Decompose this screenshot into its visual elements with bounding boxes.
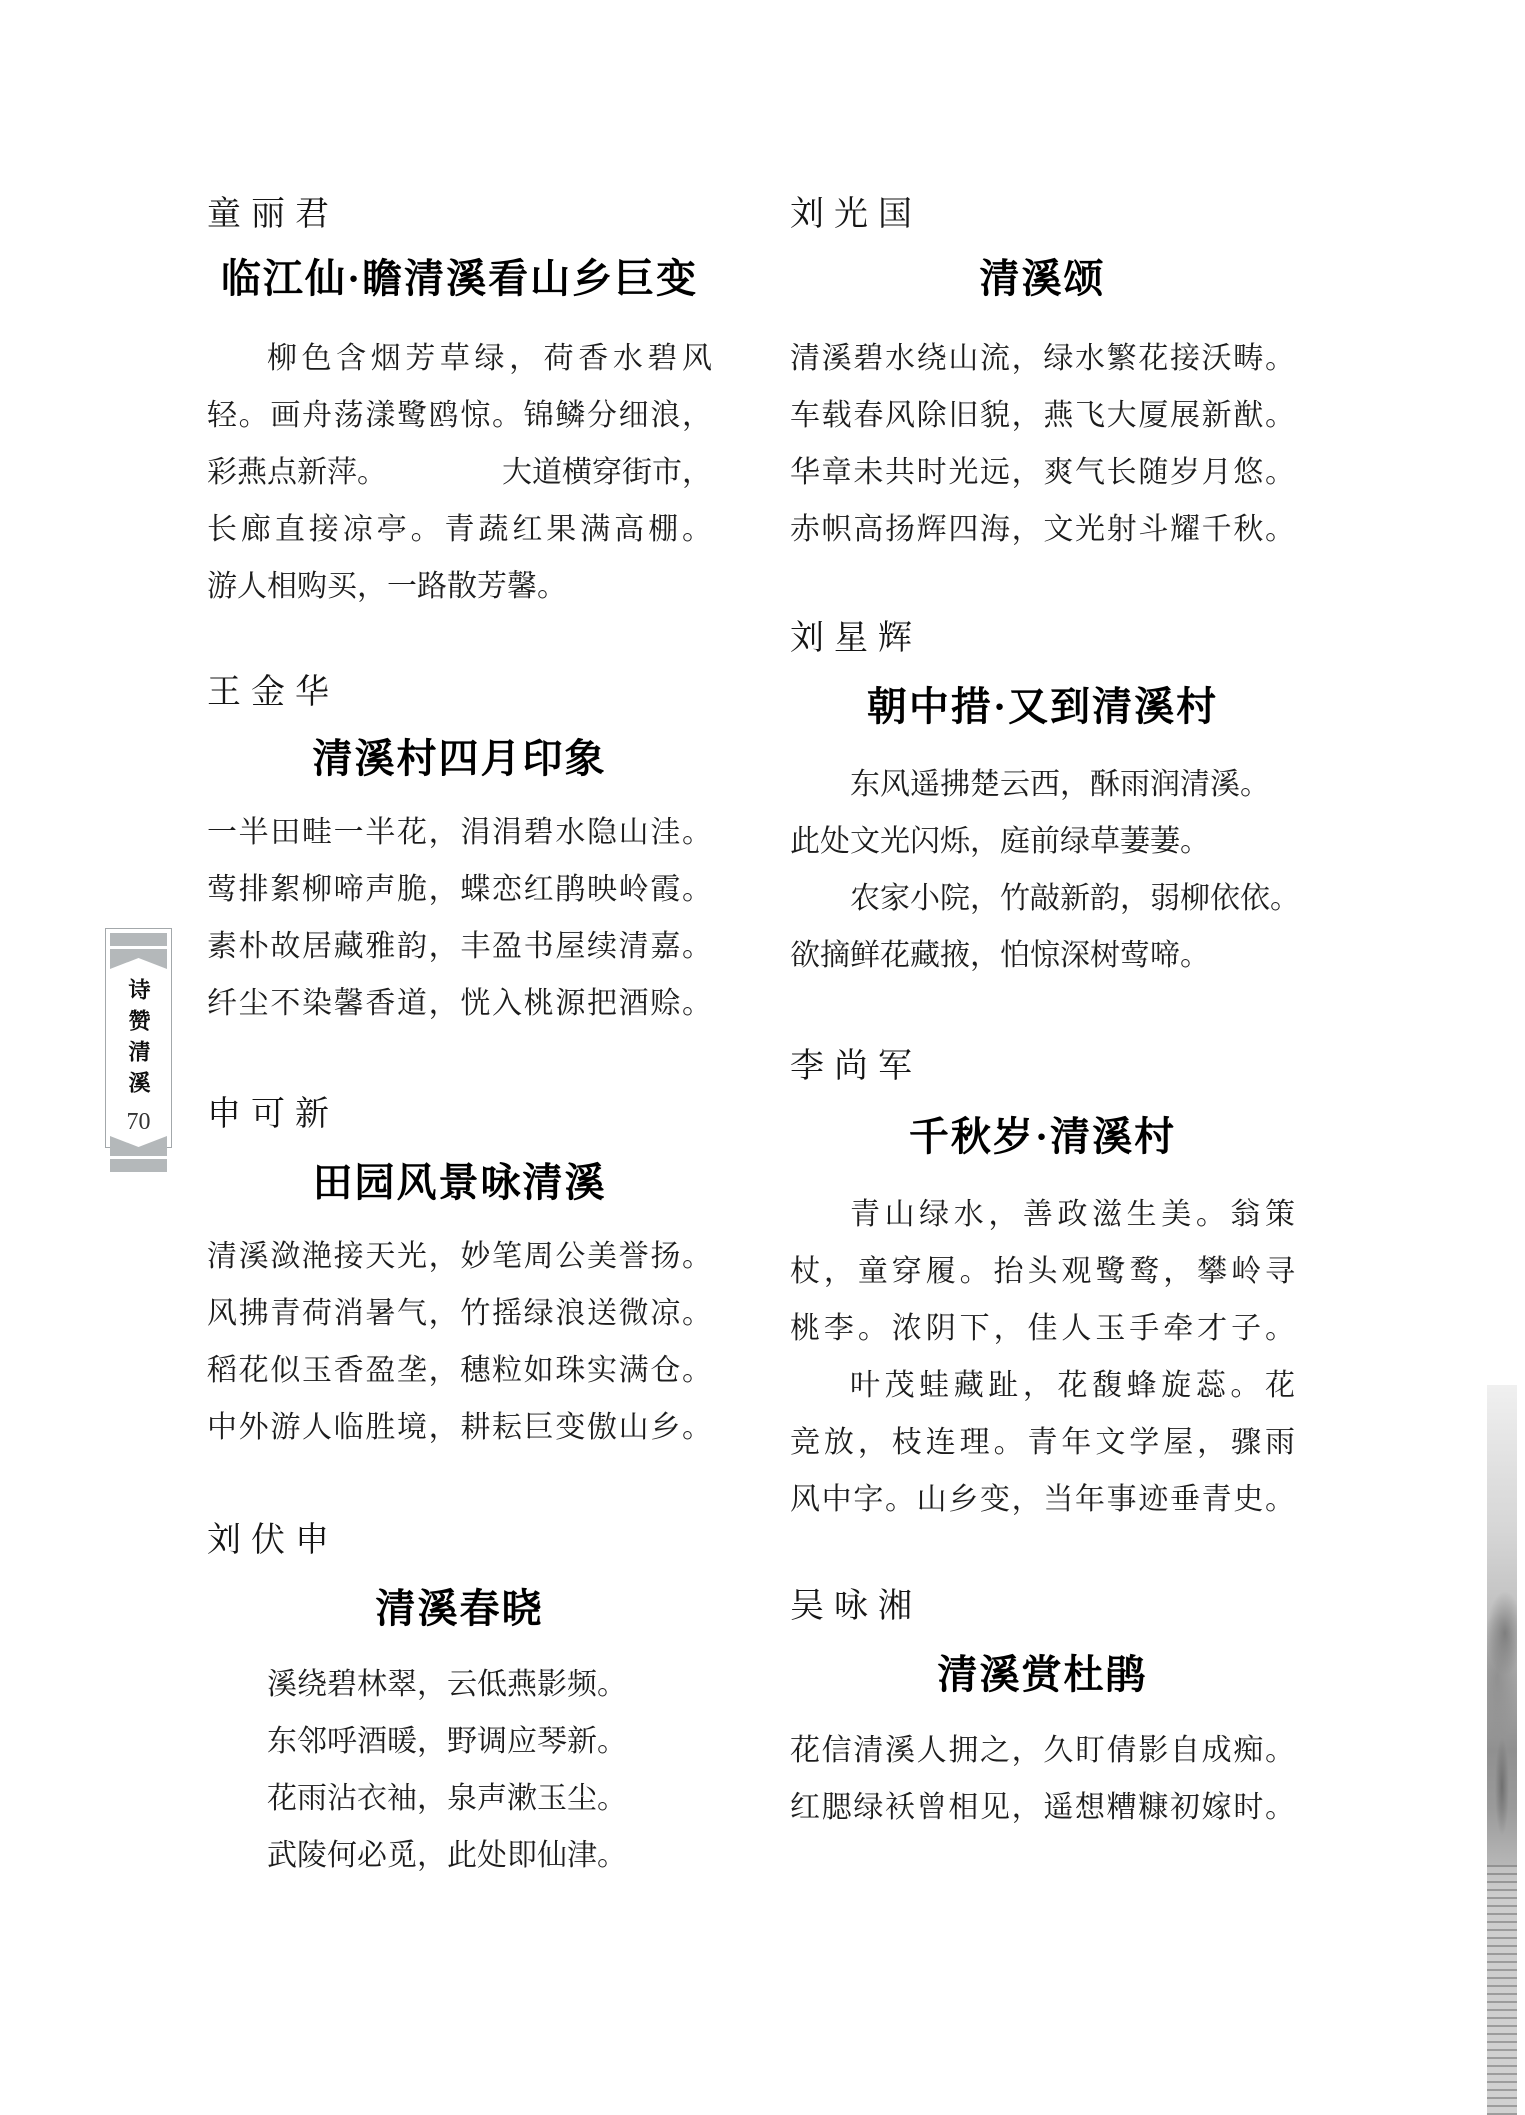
poem-line: 轻。画舟荡漾鹭鸥惊。锦鳞分细浪， xyxy=(207,387,712,444)
ribbon-top-bar xyxy=(110,933,167,946)
poem-author: 吴咏湘 xyxy=(790,1582,1295,1632)
poem-body: 青山绿水，善政滋生美。翁策 杖，童穿履。抬头观鹭鹜，攀岭寻 桃李。浓阴下，佳人玉… xyxy=(790,1186,1295,1528)
poem-title: 清溪颂 xyxy=(790,248,1295,310)
poem-author: 王金华 xyxy=(207,668,712,718)
poem-line: 叶茂蛙藏趾，花馥蜂旋蕊。花 xyxy=(790,1357,1295,1414)
poem-line: 花信清溪人拥之，久盯倩影自成痴。 xyxy=(790,1722,1295,1779)
poem-body: 清溪碧水绕山流，绿水繁花接沃畴。 车载春风除旧貌，燕飞大厦展新猷。 华章未共时光… xyxy=(790,330,1295,558)
poem-line: 东风遥拂楚云西，酥雨润清溪。 xyxy=(790,756,1295,813)
ribbon-top-banner xyxy=(110,949,167,969)
poem-line: 青山绿水，善政滋生美。翁策 xyxy=(790,1186,1295,1243)
poem-line: 中外游人临胜境，耕耘巨变傲山乡。 xyxy=(207,1399,712,1456)
right-column: 刘光国 清溪颂 清溪碧水绕山流，绿水繁花接沃畴。 车载春风除旧貌，燕飞大厦展新猷… xyxy=(790,0,1295,2115)
poem-line: 武陵何必觅，此处即仙津。 xyxy=(207,1827,712,1884)
poem-title: 田园风景咏清溪 xyxy=(207,1152,712,1214)
poem-line: 赤帜高扬辉四海，文光射斗耀千秋。 xyxy=(790,501,1295,558)
poem-line: 红腮绿袄曾相见，遥想糟糠初嫁时。 xyxy=(790,1779,1295,1836)
poem-line: 花雨沾衣袖，泉声漱玉尘。 xyxy=(207,1770,712,1827)
poem-line: 华章未共时光远，爽气长随岁月悠。 xyxy=(790,444,1295,501)
poem-line-left: 彩燕点新萍。 xyxy=(207,444,387,501)
poem-body: 柳色含烟芳草绿，荷香水碧风 轻。画舟荡漾鹭鸥惊。锦鳞分细浪， 彩燕点新萍。 大道… xyxy=(207,330,712,615)
poem-line: 素朴故居藏雅韵，丰盈书屋续清嘉。 xyxy=(207,918,712,975)
ribbon-bottom-bar xyxy=(110,1159,167,1172)
poem-line: 柳色含烟芳草绿，荷香水碧风 xyxy=(207,330,712,387)
poem-line: 东邻呼酒暖，野调应琴新。 xyxy=(207,1713,712,1770)
poem-author: 童丽君 xyxy=(207,190,712,240)
poem-body: 清溪潋滟接天光，妙笔周公美誉扬。 风拂青荷消暑气，竹摇绿浪送微凉。 稻花似玉香盈… xyxy=(207,1228,712,1456)
poem-title: 清溪村四月印象 xyxy=(207,728,712,790)
poem-line: 风拂青荷消暑气，竹摇绿浪送微凉。 xyxy=(207,1285,712,1342)
poem-line: 欲摘鲜花藏掖，怕惊深树莺啼。 xyxy=(790,927,1295,984)
poem-body: 一半田畦一半花，涓涓碧水隐山洼。 莺排絮柳啼声脆，蝶恋红鹃映岭霞。 素朴故居藏雅… xyxy=(207,804,712,1032)
poem-line: 桃李。浓阴下，佳人玉手牵才子。 xyxy=(790,1300,1295,1357)
poem-line: 游人相购买，一路散芳馨。 xyxy=(207,558,712,615)
poem-author: 刘星辉 xyxy=(790,614,1295,664)
ribbon-bottom-banner xyxy=(110,1136,167,1156)
poem-body: 花信清溪人拥之，久盯倩影自成痴。 红腮绿袄曾相见，遥想糟糠初嫁时。 xyxy=(790,1722,1295,1836)
poem-title: 千秋岁·清溪村 xyxy=(790,1106,1295,1168)
bookmark-ribbon: 诗赞清溪 70 xyxy=(105,928,172,1148)
poem-line: 溪绕碧林翠，云低燕影频。 xyxy=(207,1656,712,1713)
page-number: 70 xyxy=(127,1109,151,1136)
poem-author: 李尚军 xyxy=(790,1042,1295,1092)
poem-line: 一半田畦一半花，涓涓碧水隐山洼。 xyxy=(207,804,712,861)
poem-line: 长廊直接凉亭。青蔬红果满高棚。 xyxy=(207,501,712,558)
poem-body: 东风遥拂楚云西，酥雨润清溪。 此处文光闪烁，庭前绿草萋萋。 农家小院，竹敲新韵，… xyxy=(790,756,1295,984)
poem-line-right: 大道横穿街市， xyxy=(502,444,712,501)
section-label: 诗赞清溪 xyxy=(123,978,154,1102)
poem-line: 彩燕点新萍。 大道横穿街市， xyxy=(207,444,712,501)
poem-body: 溪绕碧林翠，云低燕影频。 东邻呼酒暖，野调应琴新。 花雨沾衣袖，泉声漱玉尘。 武… xyxy=(207,1656,712,1884)
poem-title: 清溪春晓 xyxy=(207,1578,712,1640)
poem-title: 朝中措·又到清溪村 xyxy=(790,676,1295,738)
poem-line: 车载春风除旧貌，燕飞大厦展新猷。 xyxy=(790,387,1295,444)
poem-author: 刘光国 xyxy=(790,190,1295,240)
poem-author: 刘伏申 xyxy=(207,1516,712,1566)
poem-title: 清溪赏杜鹃 xyxy=(790,1644,1295,1706)
poem-author: 申可新 xyxy=(207,1090,712,1140)
poem-line: 此处文光闪烁，庭前绿草萋萋。 xyxy=(790,813,1295,870)
poem-line: 清溪潋滟接天光，妙笔周公美誉扬。 xyxy=(207,1228,712,1285)
poem-line: 竞放，枝连理。青年文学屋，骤雨 xyxy=(790,1414,1295,1471)
poem-title: 临江仙·瞻清溪看山乡巨变 xyxy=(207,248,712,310)
poem-line: 莺排絮柳啼声脆，蝶恋红鹃映岭霞。 xyxy=(207,861,712,918)
poem-line: 稻花似玉香盈垄，穗粒如珠实满仓。 xyxy=(207,1342,712,1399)
poem-line: 农家小院，竹敲新韵，弱柳依依。 xyxy=(790,870,1295,927)
poem-line: 纤尘不染馨香道，恍入桃源把酒赊。 xyxy=(207,975,712,1032)
poem-line: 清溪碧水绕山流，绿水繁花接沃畴。 xyxy=(790,330,1295,387)
poem-line: 杖，童穿履。抬头观鹭鹜，攀岭寻 xyxy=(790,1243,1295,1300)
poem-line: 风中字。山乡变，当年事迹垂青史。 xyxy=(790,1471,1295,1528)
left-column: 童丽君 临江仙·瞻清溪看山乡巨变 柳色含烟芳草绿，荷香水碧风 轻。画舟荡漾鹭鸥惊… xyxy=(207,0,712,2115)
edge-photo-strip xyxy=(1487,1385,1517,2115)
book-page: { "sidebar": { "label": "诗赞清溪", "page_nu… xyxy=(0,0,1525,2115)
